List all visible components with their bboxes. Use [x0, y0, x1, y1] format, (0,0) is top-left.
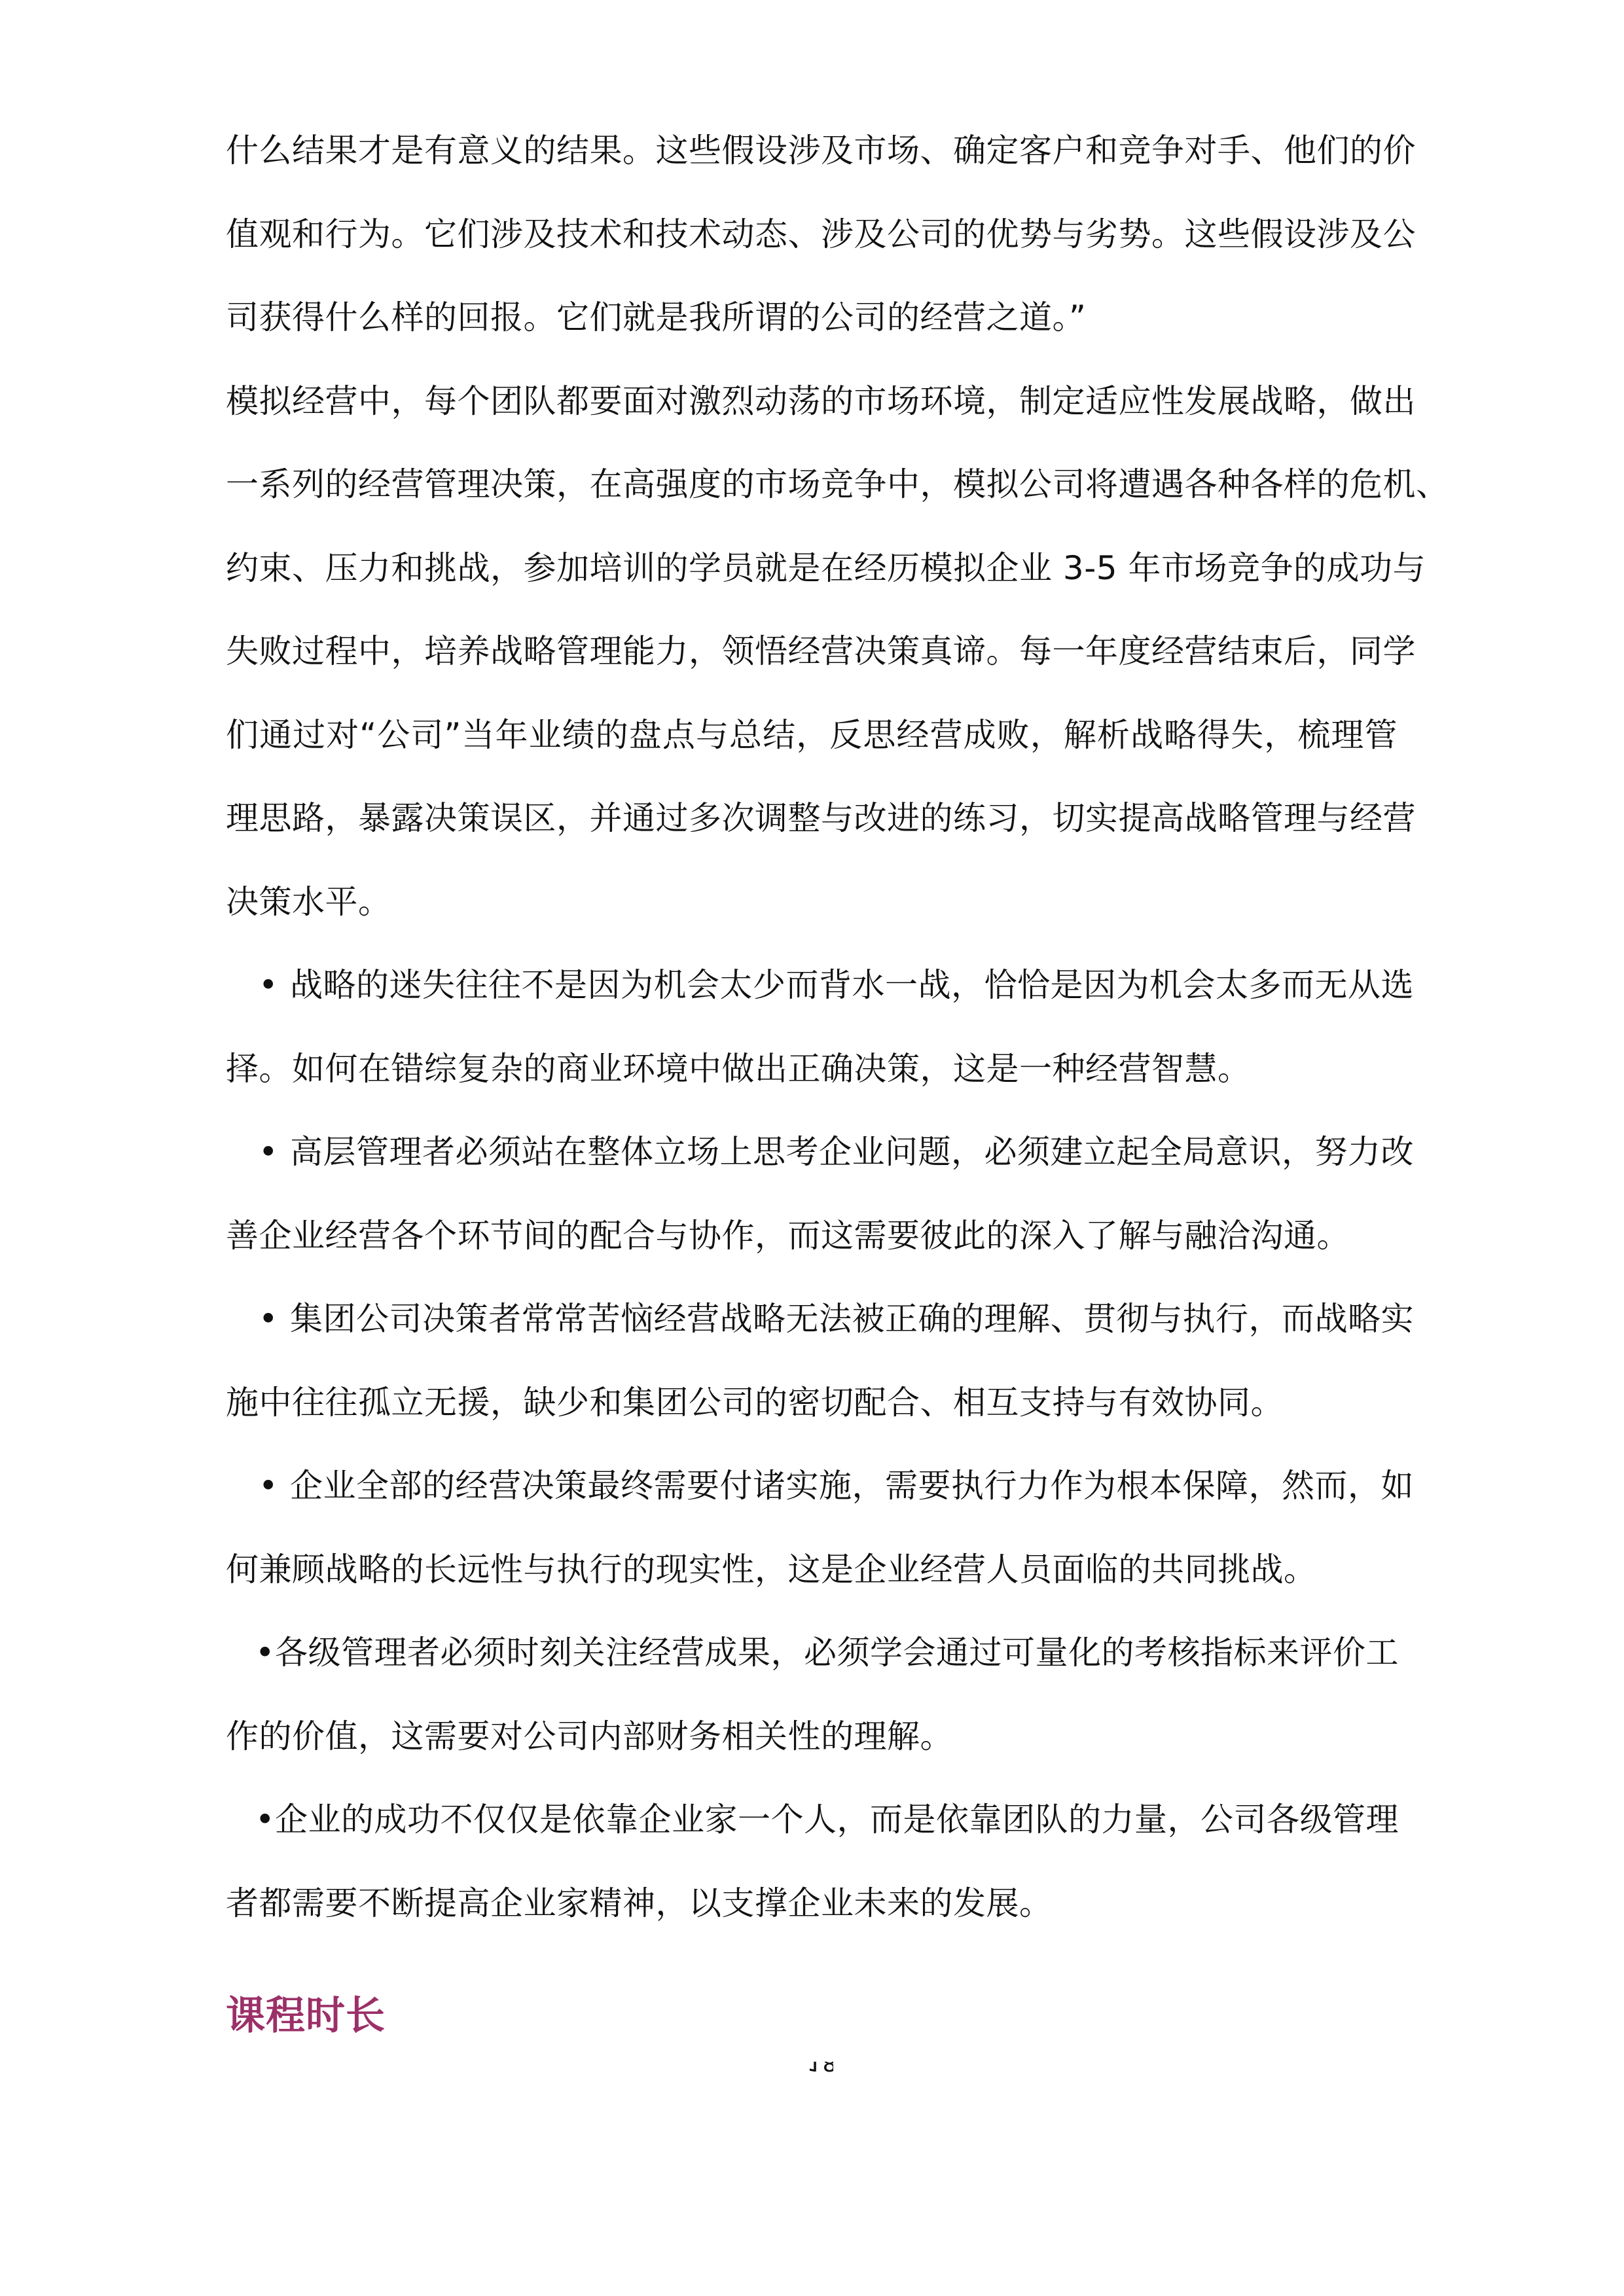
section-heading: 课程时长	[226, 1991, 386, 2041]
body-line: 一系列的经营管理决策，在高强度的市场竞争中，模拟公司将遭遇各种各样的危机、	[226, 463, 1398, 505]
bullet-icon: •	[259, 1467, 278, 1505]
bullet-text: 战略的迷失往往不是因为机会太少而背水一战，恰恰是因为机会太多而无从选	[290, 966, 1414, 1004]
bullet-icon: •	[259, 1300, 278, 1338]
document-page: 什么结果才是有意义的结果。这些假设涉及市场、确定客户和竞争对手、他们的价 值观和…	[0, 0, 1624, 2296]
bullet-icon: •	[255, 1634, 275, 1672]
body-line: 善企业经营各个环节间的配合与协作，而这需要彼此的深入了解与融洽沟通。	[226, 1215, 1404, 1257]
body-line: 什么结果才是有意义的结果。这些假设涉及市场、确定客户和竞争对手、他们的价	[226, 130, 1398, 171]
body-line: 何兼顾战略的长远性与执行的现实性，这是企业经营人员面临的共同挑战。	[226, 1549, 1404, 1590]
body-line: 者都需要不断提高企业家精神，以支撑企业未来的发展。	[226, 1882, 1404, 1924]
body-line: 决策水平。	[226, 881, 1404, 923]
body-line: 司获得什么样的回报。它们就是我所谓的公司的经营之道。”	[226, 296, 1404, 338]
bullet-icon: •	[259, 966, 278, 1004]
body-line: 们通过对“公司”当年业绩的盘点与总结，反思经营成败，解析战略得失，梳理管	[226, 714, 1398, 756]
body-line: 理思路，暴露决策误区，并通过多次调整与改进的练习，切实提高战略管理与经营	[226, 797, 1398, 839]
bullet-text: 各级管理者必须时刻关注经营成果，必须学会通过可量化的考核指标来评价工	[275, 1634, 1399, 1672]
body-line: 值观和行为。它们涉及技术和技术动态、涉及公司的优势与劣势。这些假设涉及公	[226, 213, 1398, 255]
bullet-text: 集团公司决策者常常苦恼经营战略无法被正确的理解、贯彻与执行，而战略实	[290, 1300, 1414, 1338]
body-line: 择。如何在错综复杂的商业环境中做出正确决策，这是一种经营智慧。	[226, 1048, 1404, 1090]
bullet-text: 企业的成功不仅仅是依靠企业家一个人，而是依靠团队的力量，公司各级管理	[275, 1801, 1399, 1839]
bullet-text: 企业全部的经营决策最终需要付诸实施，需要执行力作为根本保障，然而，如	[290, 1467, 1414, 1505]
page-number: 18	[807, 2062, 833, 2076]
body-line: 失败过程中，培养战略管理能力，领悟经营决策真谛。每一年度经营结束后，同学	[226, 630, 1398, 672]
bullet-item-line: •各级管理者必须时刻关注经营成果，必须学会通过可量化的考核指标来评价工	[255, 1632, 1384, 1674]
bullet-icon: •	[255, 1801, 275, 1839]
bullet-icon: •	[259, 1133, 278, 1171]
bullet-item-line: •企业的成功不仅仅是依靠企业家一个人，而是依靠团队的力量，公司各级管理	[255, 1799, 1384, 1840]
body-line: 约束、压力和挑战，参加培训的学员就是在经历模拟企业 3-5 年市场竞争的成功与	[226, 547, 1398, 589]
body-line: 模拟经营中，每个团队都要面对激烈动荡的市场环境，制定适应性发展战略，做出	[226, 380, 1398, 422]
bullet-item-line: •高层管理者必须站在整体立场上思考企业问题，必须建立起全局意识，努力改	[259, 1131, 1398, 1173]
bullet-item-line: •战略的迷失往往不是因为机会太少而背水一战，恰恰是因为机会太多而无从选	[259, 964, 1398, 1006]
bullet-item-line: •集团公司决策者常常苦恼经营战略无法被正确的理解、贯彻与执行，而战略实	[259, 1298, 1398, 1340]
body-line: 施中往往孤立无援，缺少和集团公司的密切配合、相互支持与有效协同。	[226, 1382, 1404, 1424]
bullet-item-line: •企业全部的经营决策最终需要付诸实施，需要执行力作为根本保障，然而，如	[259, 1465, 1398, 1507]
page-number-container: 18	[807, 2062, 833, 2076]
body-line: 作的价值，这需要对公司内部财务相关性的理解。	[226, 1715, 1404, 1757]
bullet-text: 高层管理者必须站在整体立场上思考企业问题，必须建立起全局意识，努力改	[290, 1133, 1414, 1171]
